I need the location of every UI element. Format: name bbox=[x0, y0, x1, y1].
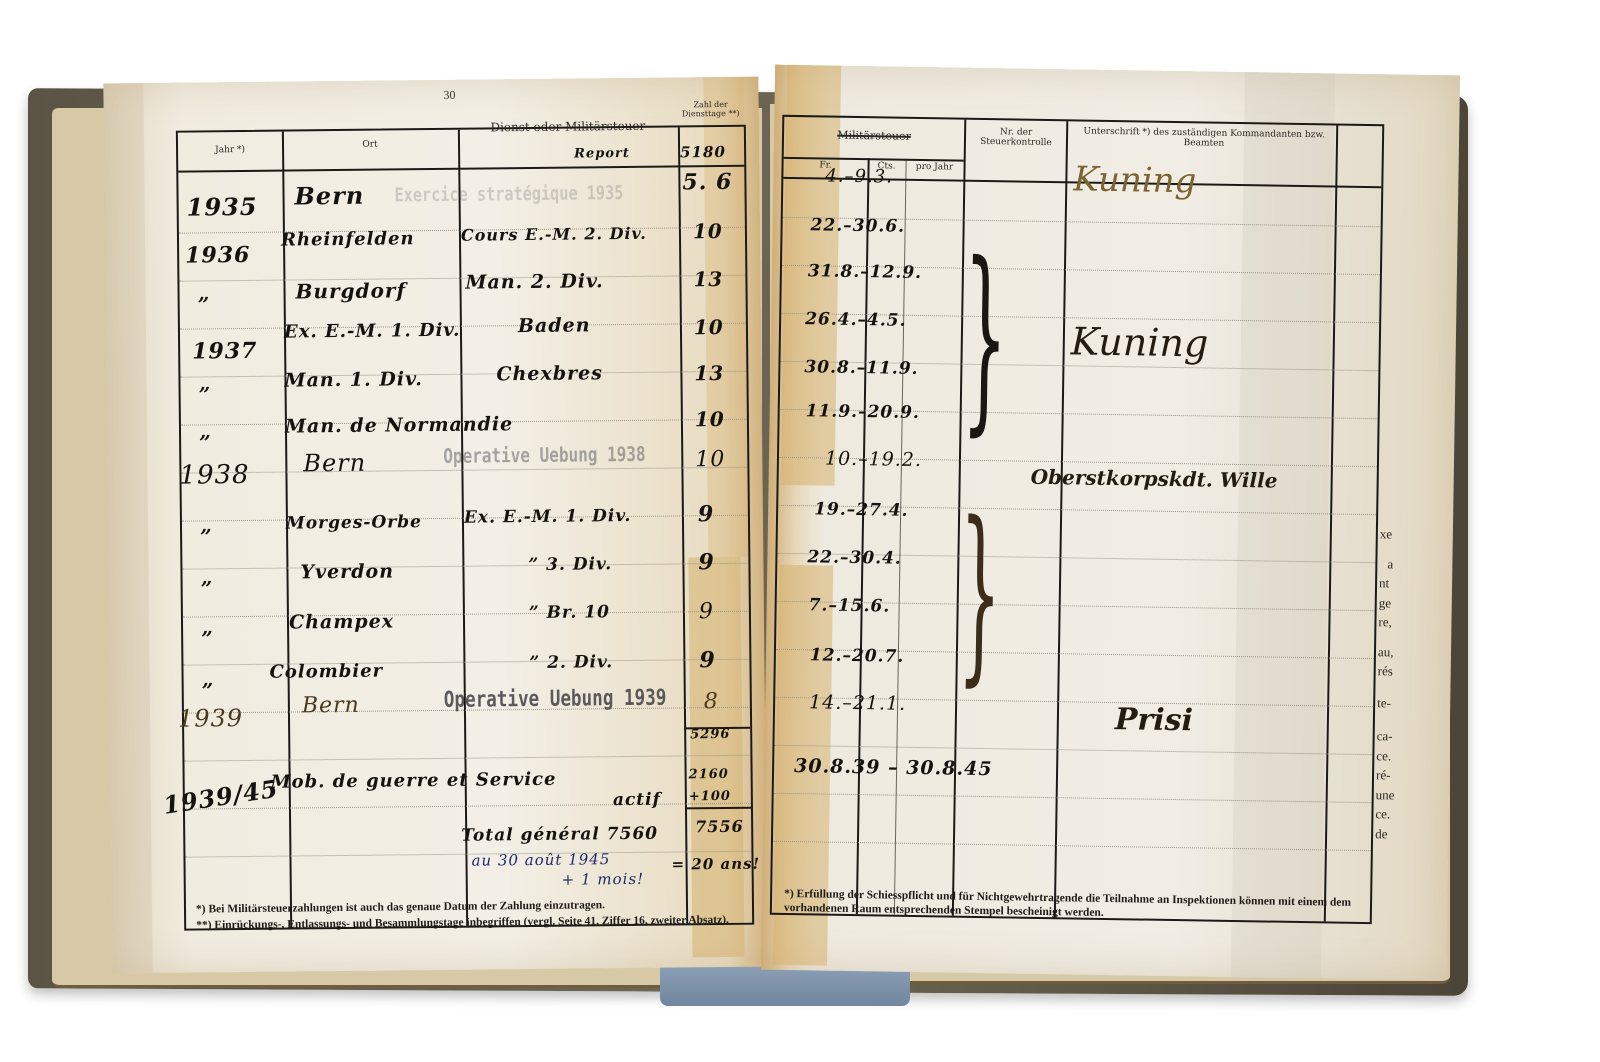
note-plus-month: + 1 mois! bbox=[562, 870, 645, 889]
total-rule bbox=[685, 807, 751, 809]
row-dienst: Baden bbox=[518, 314, 591, 337]
war-row-tage: 2160 bbox=[689, 767, 729, 782]
row-ort: Bern bbox=[294, 181, 364, 211]
row-dienst: Cours E.-M. 2. Div. bbox=[461, 224, 647, 245]
row-jahr: ” bbox=[201, 576, 214, 600]
edge-fragment: ge bbox=[1379, 593, 1398, 613]
ruled-line bbox=[180, 323, 746, 330]
row-jahr: ” bbox=[198, 292, 211, 316]
row-jahr: ” bbox=[202, 678, 215, 702]
row-ort: Bern bbox=[303, 449, 366, 478]
war-row-tage-2: +100 bbox=[689, 789, 731, 804]
report-value: 5180 bbox=[680, 143, 726, 161]
edge-fragment: rés bbox=[1378, 661, 1397, 681]
total-line: Total général 7560 bbox=[461, 824, 658, 846]
edge-fragment: ré- bbox=[1376, 765, 1395, 785]
ruled-line bbox=[181, 467, 747, 474]
edge-fragment: a bbox=[1379, 554, 1398, 574]
edge-fragment: de bbox=[1375, 824, 1394, 844]
date-entry: 12.–20.7. bbox=[810, 645, 905, 666]
date-entry: 14.–21.1. bbox=[809, 691, 906, 715]
ruled-line bbox=[184, 755, 750, 762]
date-entry: 4.–9.3. bbox=[825, 165, 893, 187]
ruled-line bbox=[183, 611, 749, 618]
header-nr-steuerkontrolle: Nr. der Steuerkontrolle bbox=[970, 128, 1062, 149]
stamp-1938: Operative Uebung 1938 bbox=[443, 442, 646, 468]
tape-strip bbox=[103, 83, 152, 973]
row-ort: Rheinfelden bbox=[281, 228, 415, 250]
row-jahr: 1936 bbox=[185, 242, 251, 269]
edge-fragment: ce. bbox=[1375, 804, 1394, 824]
page-number: 30 bbox=[443, 88, 455, 103]
row-dienst: ” 3. Div. bbox=[528, 554, 612, 575]
header-pro-jahr: pro Jahr bbox=[905, 163, 963, 174]
edge-fragment: te- bbox=[1377, 693, 1396, 713]
row-dienst: Chexbres bbox=[496, 362, 603, 385]
ruled-line bbox=[183, 659, 749, 666]
row-tage: 9 bbox=[698, 501, 715, 527]
row-jahr: 1939 bbox=[178, 704, 243, 733]
header-jahr: Jahr *) bbox=[178, 146, 282, 157]
stamp-1935: Exercice stratégique 1935 bbox=[394, 182, 623, 206]
signature-2: Kuning bbox=[1070, 319, 1208, 365]
note-result: = 20 ans! bbox=[671, 855, 760, 874]
ruled-line bbox=[774, 745, 1372, 755]
edge-text-fragment: xe a nt ge re, au, rés te- ca- ce. ré- u… bbox=[1375, 524, 1399, 843]
signature-3: Oberstkorpskdt. Wille bbox=[1031, 465, 1278, 493]
header-dienst: Dienst oder Militärsteuer bbox=[458, 119, 678, 134]
note-date: au 30 août 1945 bbox=[471, 850, 610, 869]
edge-fragment: nt bbox=[1379, 573, 1398, 593]
stamp-1939: Operative Uebung 1939 bbox=[444, 686, 667, 713]
ruled-line bbox=[182, 563, 748, 570]
date-entry: 10.–19.2. bbox=[825, 448, 922, 472]
date-entry: 31.8.–12.9. bbox=[808, 261, 922, 283]
edge-fragment: ce. bbox=[1376, 746, 1395, 766]
ruled-line bbox=[185, 851, 751, 858]
date-entry: 22.–30.4. bbox=[807, 547, 902, 568]
row-dienst: ” 2. Div. bbox=[529, 652, 613, 673]
row-ort: Bern bbox=[302, 693, 360, 719]
signature-4: Prisi bbox=[1115, 702, 1194, 738]
row-tage: 9 bbox=[699, 647, 716, 673]
row-tage: 10 bbox=[695, 447, 725, 472]
row-dienst: Ex. E.-M. 1. Div. bbox=[464, 506, 632, 528]
row-ort: Ex. E.-M. 1. Div. bbox=[284, 320, 461, 343]
date-entry: 30.8.39 – 30.8.45 bbox=[794, 755, 993, 780]
ruled-line bbox=[773, 841, 1371, 851]
row-ort: Yverdon bbox=[300, 560, 394, 583]
row-ort: Burgdorf bbox=[295, 278, 406, 303]
ruled-line bbox=[180, 371, 746, 378]
right-page: Militärsteuer Fr. Cts. pro Jahr Nr. der … bbox=[761, 65, 1460, 981]
row-ort: Man. de Normandie bbox=[285, 413, 513, 437]
row-tage: 10 bbox=[694, 315, 724, 339]
date-entry: 19.–27.4. bbox=[814, 499, 909, 520]
row-dienst: ” Br. 10 bbox=[529, 602, 610, 623]
row-jahr: ” bbox=[199, 430, 212, 454]
brace-1936-1937: } bbox=[961, 238, 1009, 439]
row-tage: 8 bbox=[704, 689, 719, 714]
row-dienst: Man. 2. Div. bbox=[465, 270, 604, 293]
header-militaersteuer: Militärsteuer bbox=[784, 129, 964, 144]
subtotal-value: 5296 bbox=[690, 727, 730, 742]
row-tage: 10 bbox=[693, 219, 723, 243]
row-tage: 10 bbox=[695, 407, 725, 431]
edge-fragment: re, bbox=[1378, 612, 1397, 632]
row-jahr: 1937 bbox=[192, 338, 258, 365]
header-divider bbox=[178, 165, 744, 172]
signature-1: Kuning bbox=[1073, 159, 1197, 201]
total-value: 7556 bbox=[695, 817, 744, 837]
date-entry: 30.8.–11.9. bbox=[804, 357, 918, 379]
brace-1938: } bbox=[957, 498, 1002, 689]
date-entry: 26.4.–4.5. bbox=[805, 309, 907, 331]
header-ort: Ort bbox=[282, 140, 458, 152]
row-ort: Champex bbox=[289, 610, 394, 633]
date-entry: 22.–30.6. bbox=[810, 215, 905, 236]
row-jahr: ” bbox=[198, 382, 211, 406]
row-tage: 9 bbox=[699, 599, 714, 624]
row-tage: 9 bbox=[698, 549, 715, 575]
header-zahl: Zahl der Diensttage **) bbox=[678, 101, 744, 119]
war-row-dienst: Mob. de guerre et Service bbox=[271, 769, 557, 793]
date-entry: 7.–15.6. bbox=[809, 595, 891, 616]
date-entry: 11.9.–20.9. bbox=[806, 401, 920, 423]
row-ort: Man. 1. Div. bbox=[284, 368, 423, 391]
row-ort: Colombier bbox=[269, 661, 383, 683]
row-ort: Morges-Orbe bbox=[286, 512, 422, 533]
edge-fragment: une bbox=[1376, 785, 1395, 805]
edge-fragment: xe bbox=[1380, 524, 1399, 544]
war-row-dienst-2: actif bbox=[613, 790, 661, 811]
header-unterschrift: Unterschrift *) des zuständigen Kommanda… bbox=[1074, 127, 1334, 151]
row-jahr: ” bbox=[200, 524, 213, 548]
row-jahr: 1938 bbox=[179, 460, 249, 491]
row-jahr: ” bbox=[201, 626, 214, 650]
edge-fragment: ca- bbox=[1377, 726, 1396, 746]
ruled-line bbox=[179, 275, 745, 282]
left-page: 30 Jahr *) Ort Dienst oder Militärsteuer… bbox=[103, 77, 767, 974]
edge-fragment: au, bbox=[1378, 642, 1397, 662]
report-label: Report bbox=[574, 146, 630, 162]
ruled-line bbox=[774, 793, 1372, 803]
row-jahr: 1935 bbox=[187, 192, 258, 222]
row-tage: 13 bbox=[693, 267, 723, 291]
row-tage: 5. 6 bbox=[682, 169, 732, 196]
row-tage: 13 bbox=[694, 361, 724, 385]
